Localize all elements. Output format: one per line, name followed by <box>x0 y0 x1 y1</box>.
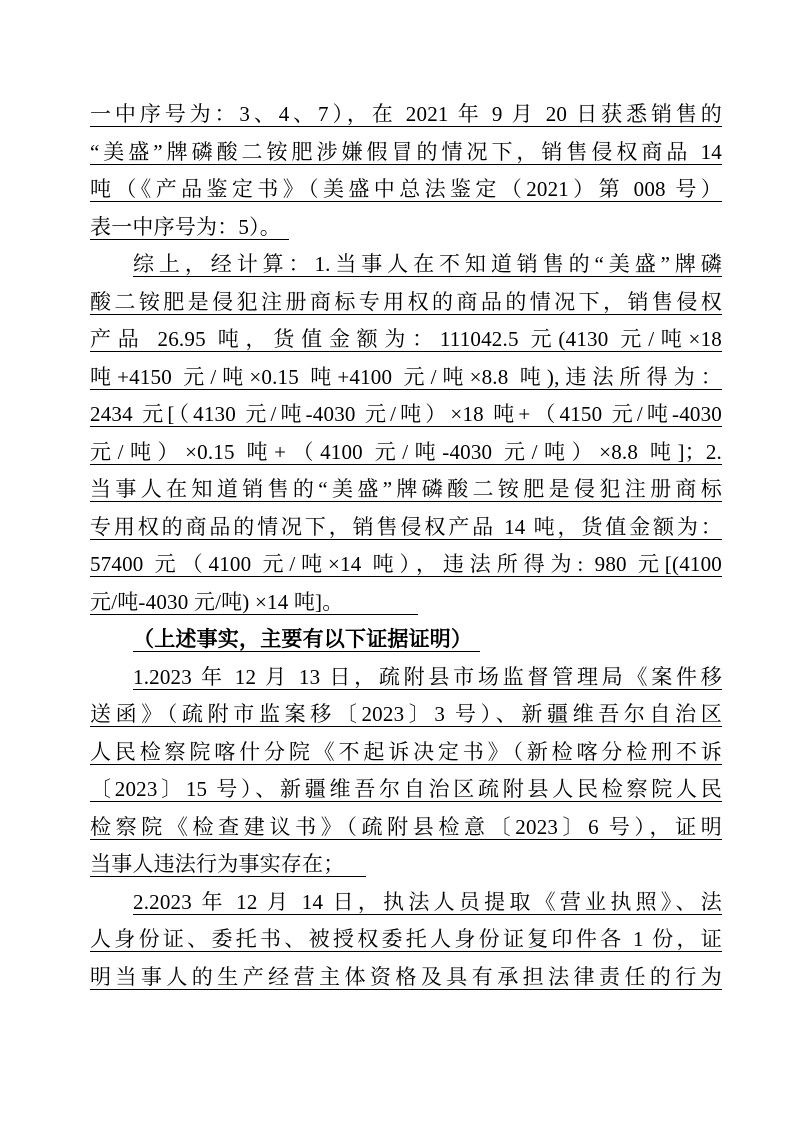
text-line-content: 2434 元[（4130 元/吨-4030 元/吨）×18 吨+（4150 元/… <box>90 402 722 427</box>
text-line-content: 元/吨）×0.15 吨+（4100 元/吨-4030 元/吨）×8.8 吨]；2… <box>90 440 722 465</box>
text-line-content: 2.2023 年 12 月 14 日，执法人员提取《营业执照》、法 <box>133 890 722 915</box>
document-page: 一中序号为：3、4、7），在 2021 年 9 月 20 日获悉销售的 “美盛”… <box>0 0 793 1122</box>
text-line-content: 专用权的商品的情况下，销售侵权产品 14 吨，货值金额为： <box>90 515 722 540</box>
text-line-content: 一中序号为：3、4、7），在 2021 年 9 月 20 日获悉销售的 <box>90 102 722 127</box>
text-line: 人身份证、委托书、被授权委托人身份证复印件各 1 份，证 <box>90 921 722 959</box>
text-line-content: 检察院《检查建议书》（疏附县检意〔2023〕6 号），证明 <box>90 815 722 840</box>
text-line-content: 人民检察院喀什分院《不起诉决定书》（新检喀分检刑不诉 <box>90 740 722 765</box>
text-line: 吨+4150 元/吨×0.15 吨+4100 元/吨×8.8 吨),违法所得为： <box>90 359 722 397</box>
text-line: 吨（《产品鉴定书》（美盛中总法鉴定（2021）第 008 号） <box>90 171 722 209</box>
text-line-content: 表一中序号为：5）。 <box>90 215 289 240</box>
text-line: 人民检察院喀什分院《不起诉决定书》（新检喀分检刑不诉 <box>90 734 722 772</box>
text-line-content: 人身份证、委托书、被授权委托人身份证复印件各 1 份，证 <box>90 927 722 952</box>
text-line-content: 综上，经计算：1.当事人在不知道销售的“美盛”牌磷 <box>133 252 722 277</box>
text-line: 2434 元[（4130 元/吨-4030 元/吨）×18 吨+（4150 元/… <box>90 396 722 434</box>
text-line-content: 〔2023〕15 号）、新疆维吾尔自治区疏附县人民检察院人民 <box>90 777 722 802</box>
text-line: 当事人在知道销售的“美盛”牌磷酸二铵肥是侵犯注册商标 <box>90 471 722 509</box>
text-line: 酸二铵肥是侵犯注册商标专用权的商品的情况下，销售侵权 <box>90 284 722 322</box>
document-body-text: 一中序号为：3、4、7），在 2021 年 9 月 20 日获悉销售的 “美盛”… <box>90 96 722 996</box>
text-line-content: 吨（《产品鉴定书》（美盛中总法鉴定（2021）第 008 号） <box>90 177 722 202</box>
text-line: “美盛”牌磷酸二铵肥涉嫌假冒的情况下，销售侵权商品 14 <box>90 134 722 172</box>
text-line: 产品 26.95 吨，货值金额为：111042.5 元(4130 元/吨×18 <box>90 321 722 359</box>
text-line: 综上，经计算：1.当事人在不知道销售的“美盛”牌磷 <box>90 246 722 284</box>
text-line-content: （上述事实，主要有以下证据证明） <box>133 627 480 652</box>
text-line: 专用权的商品的情况下，销售侵权产品 14 吨，货值金额为： <box>90 509 722 547</box>
text-line-content: 明当事人的生产经营主体资格及具有承担法律责任的行为 <box>90 965 722 990</box>
evidence-section-heading: （上述事实，主要有以下证据证明） <box>90 621 722 659</box>
text-line: 2.2023 年 12 月 14 日，执法人员提取《营业执照》、法 <box>90 884 722 922</box>
text-line: 送函》（疏附市监案移〔2023〕3 号）、新疆维吾尔自治区 <box>90 696 722 734</box>
text-line: 一中序号为：3、4、7），在 2021 年 9 月 20 日获悉销售的 <box>90 96 722 134</box>
text-line: 明当事人的生产经营主体资格及具有承担法律责任的行为 <box>90 959 722 997</box>
text-line: 〔2023〕15 号）、新疆维吾尔自治区疏附县人民检察院人民 <box>90 771 722 809</box>
text-line-content: “美盛”牌磷酸二铵肥涉嫌假冒的情况下，销售侵权商品 14 <box>90 140 722 165</box>
text-line-content: 当事人违法行为事实存在； <box>90 852 366 877</box>
text-line: 元/吨）×0.15 吨+（4100 元/吨-4030 元/吨）×8.8 吨]；2… <box>90 434 722 472</box>
text-line: 检察院《检查建议书》（疏附县检意〔2023〕6 号），证明 <box>90 809 722 847</box>
text-line: 元/吨-4030 元/吨) ×14 吨]。 <box>90 584 722 622</box>
text-line-content: 吨+4150 元/吨×0.15 吨+4100 元/吨×8.8 吨),违法所得为： <box>90 365 722 390</box>
text-line: 57400 元（4100 元/吨×14 吨），违法所得为: 980 元[(410… <box>90 546 722 584</box>
text-line-content: 送函》（疏附市监案移〔2023〕3 号）、新疆维吾尔自治区 <box>90 702 722 727</box>
text-line-content: 酸二铵肥是侵犯注册商标专用权的商品的情况下，销售侵权 <box>90 290 722 315</box>
text-line-content: 1.2023 年 12 月 13 日，疏附县市场监督管理局《案件移 <box>133 665 722 690</box>
text-line: 当事人违法行为事实存在； <box>90 846 722 884</box>
text-line-content: 产品 26.95 吨，货值金额为：111042.5 元(4130 元/吨×18 <box>90 327 722 352</box>
text-line-content: 元/吨-4030 元/吨) ×14 吨]。 <box>90 590 418 615</box>
text-line: 表一中序号为：5）。 <box>90 209 722 247</box>
text-line-content: 当事人在知道销售的“美盛”牌磷酸二铵肥是侵犯注册商标 <box>90 477 722 502</box>
text-line-content: 57400 元（4100 元/吨×14 吨），违法所得为: 980 元[(410… <box>90 552 722 577</box>
text-line: 1.2023 年 12 月 13 日，疏附县市场监督管理局《案件移 <box>90 659 722 697</box>
